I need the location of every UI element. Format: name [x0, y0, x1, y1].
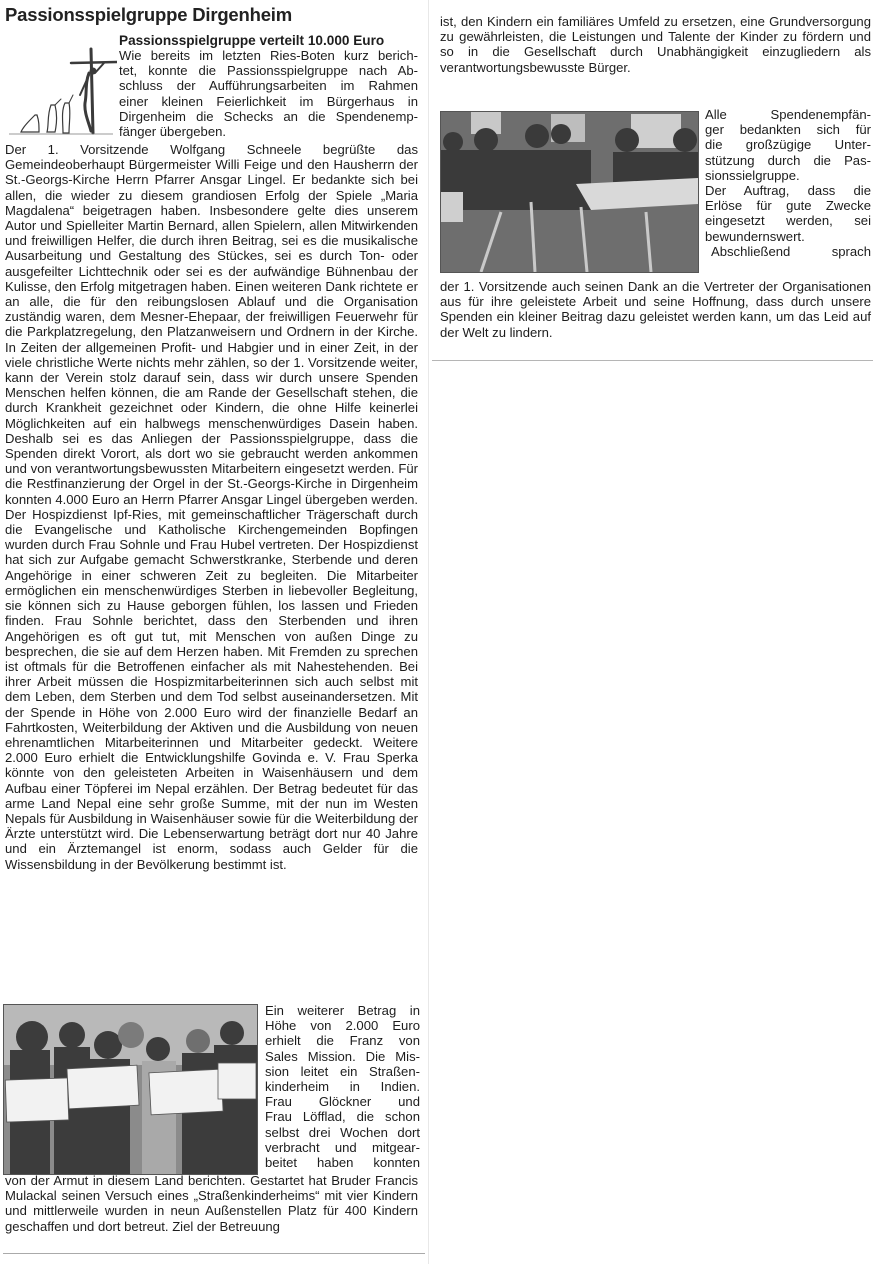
text-line: sion leitet ein Straßen- [265, 1064, 420, 1079]
text-line: Frau Löfflad, die schon [265, 1109, 420, 1124]
text-line: sionssielgruppe. [705, 168, 871, 183]
text-line: selbst drei Wochen dort [265, 1125, 420, 1140]
right-column: ist, den Kindern ein familiäres Umfeld z… [440, 14, 871, 75]
group-photo-with-donation-checks [4, 1005, 257, 1174]
text-line: Frau Glöckner und [265, 1094, 420, 1109]
intro-line: Dirgenheim die Schecks an die Spendenemp… [119, 109, 418, 124]
column-end-rule [3, 1253, 425, 1254]
left-column: Passionsspielgruppe verteilt 10.000 Euro… [5, 33, 418, 872]
text-line: Der Auftrag, dass die [705, 183, 871, 198]
photo-check-handover [3, 1004, 258, 1175]
text-beside-photo-left: Ein weiterer Betrag in Höhe von 2.000 Eu… [265, 1003, 420, 1170]
intro-block: Passionsspielgruppe verteilt 10.000 Euro… [5, 33, 418, 146]
text-line: stützung durch die Pas- [705, 153, 871, 168]
body-paragraph-after-photo: von der Armut in diesem Land berichten. … [5, 1173, 418, 1234]
text-line: Höhe von 2.000 Euro [265, 1018, 420, 1033]
body-paragraph-main: Der 1. Vorsitzende Wolfgang Schneele beg… [5, 142, 418, 872]
intro-line: Wie bereits im letzten Ries-Boten kurz b… [119, 48, 418, 63]
body-paragraph-right-bottom: der 1. Vorsitzende auch seinen Dank an d… [440, 279, 871, 340]
text-line: Abschließend sprach [705, 244, 871, 259]
text-line: erhielt die Franz von [265, 1033, 420, 1048]
article-title: Passionsspielgruppe Dirgenheim [5, 4, 292, 26]
text-line: Ein weiterer Betrag in [265, 1003, 420, 1018]
text-line: Alle Spendenempfän- [705, 107, 871, 122]
text-line: bewundernswert. [705, 229, 871, 244]
newspaper-page: Passionsspielgruppe Dirgenheim [0, 0, 875, 1264]
column-divider [428, 0, 429, 1264]
text-line: die großzügige Unter- [705, 137, 871, 152]
intro-line: fänger übergeben. [119, 124, 418, 139]
text-line: Sales Mission. Die Mis- [265, 1049, 420, 1064]
intro-text: Passionsspielgruppe verteilt 10.000 Euro… [119, 33, 418, 139]
text-line: Erlöse für gute Zwecke [705, 198, 871, 213]
photo-guests-at-tables-in-buergerhaus [441, 112, 698, 272]
crucifixion-sketch-icon [5, 33, 117, 137]
text-line: kinderheim in Indien. [265, 1079, 420, 1094]
body-paragraph-right-top: ist, den Kindern ein familiäres Umfeld z… [440, 14, 871, 75]
text-beside-photo-right: Alle Spendenempfän- ger bedankten sich f… [705, 107, 871, 259]
photo-celebration [440, 111, 699, 273]
text-line: beitet haben konnten [265, 1155, 420, 1170]
text-line: verbracht und mitgear- [265, 1140, 420, 1155]
text-line: ger bedankten sich für [705, 122, 871, 137]
intro-line: einer kleinen Feierlichkeit im Bürgerhau… [119, 94, 418, 109]
column-end-rule [432, 360, 873, 361]
article-subtitle: Passionsspielgruppe verteilt 10.000 Euro [119, 33, 418, 48]
intro-line: schluss der Aufführungsarbeiten im Rahme… [119, 78, 418, 93]
intro-line: tet, konnte die Passionsspielgruppe nach… [119, 63, 418, 78]
text-line: eingesetzt werden, sei [705, 213, 871, 228]
